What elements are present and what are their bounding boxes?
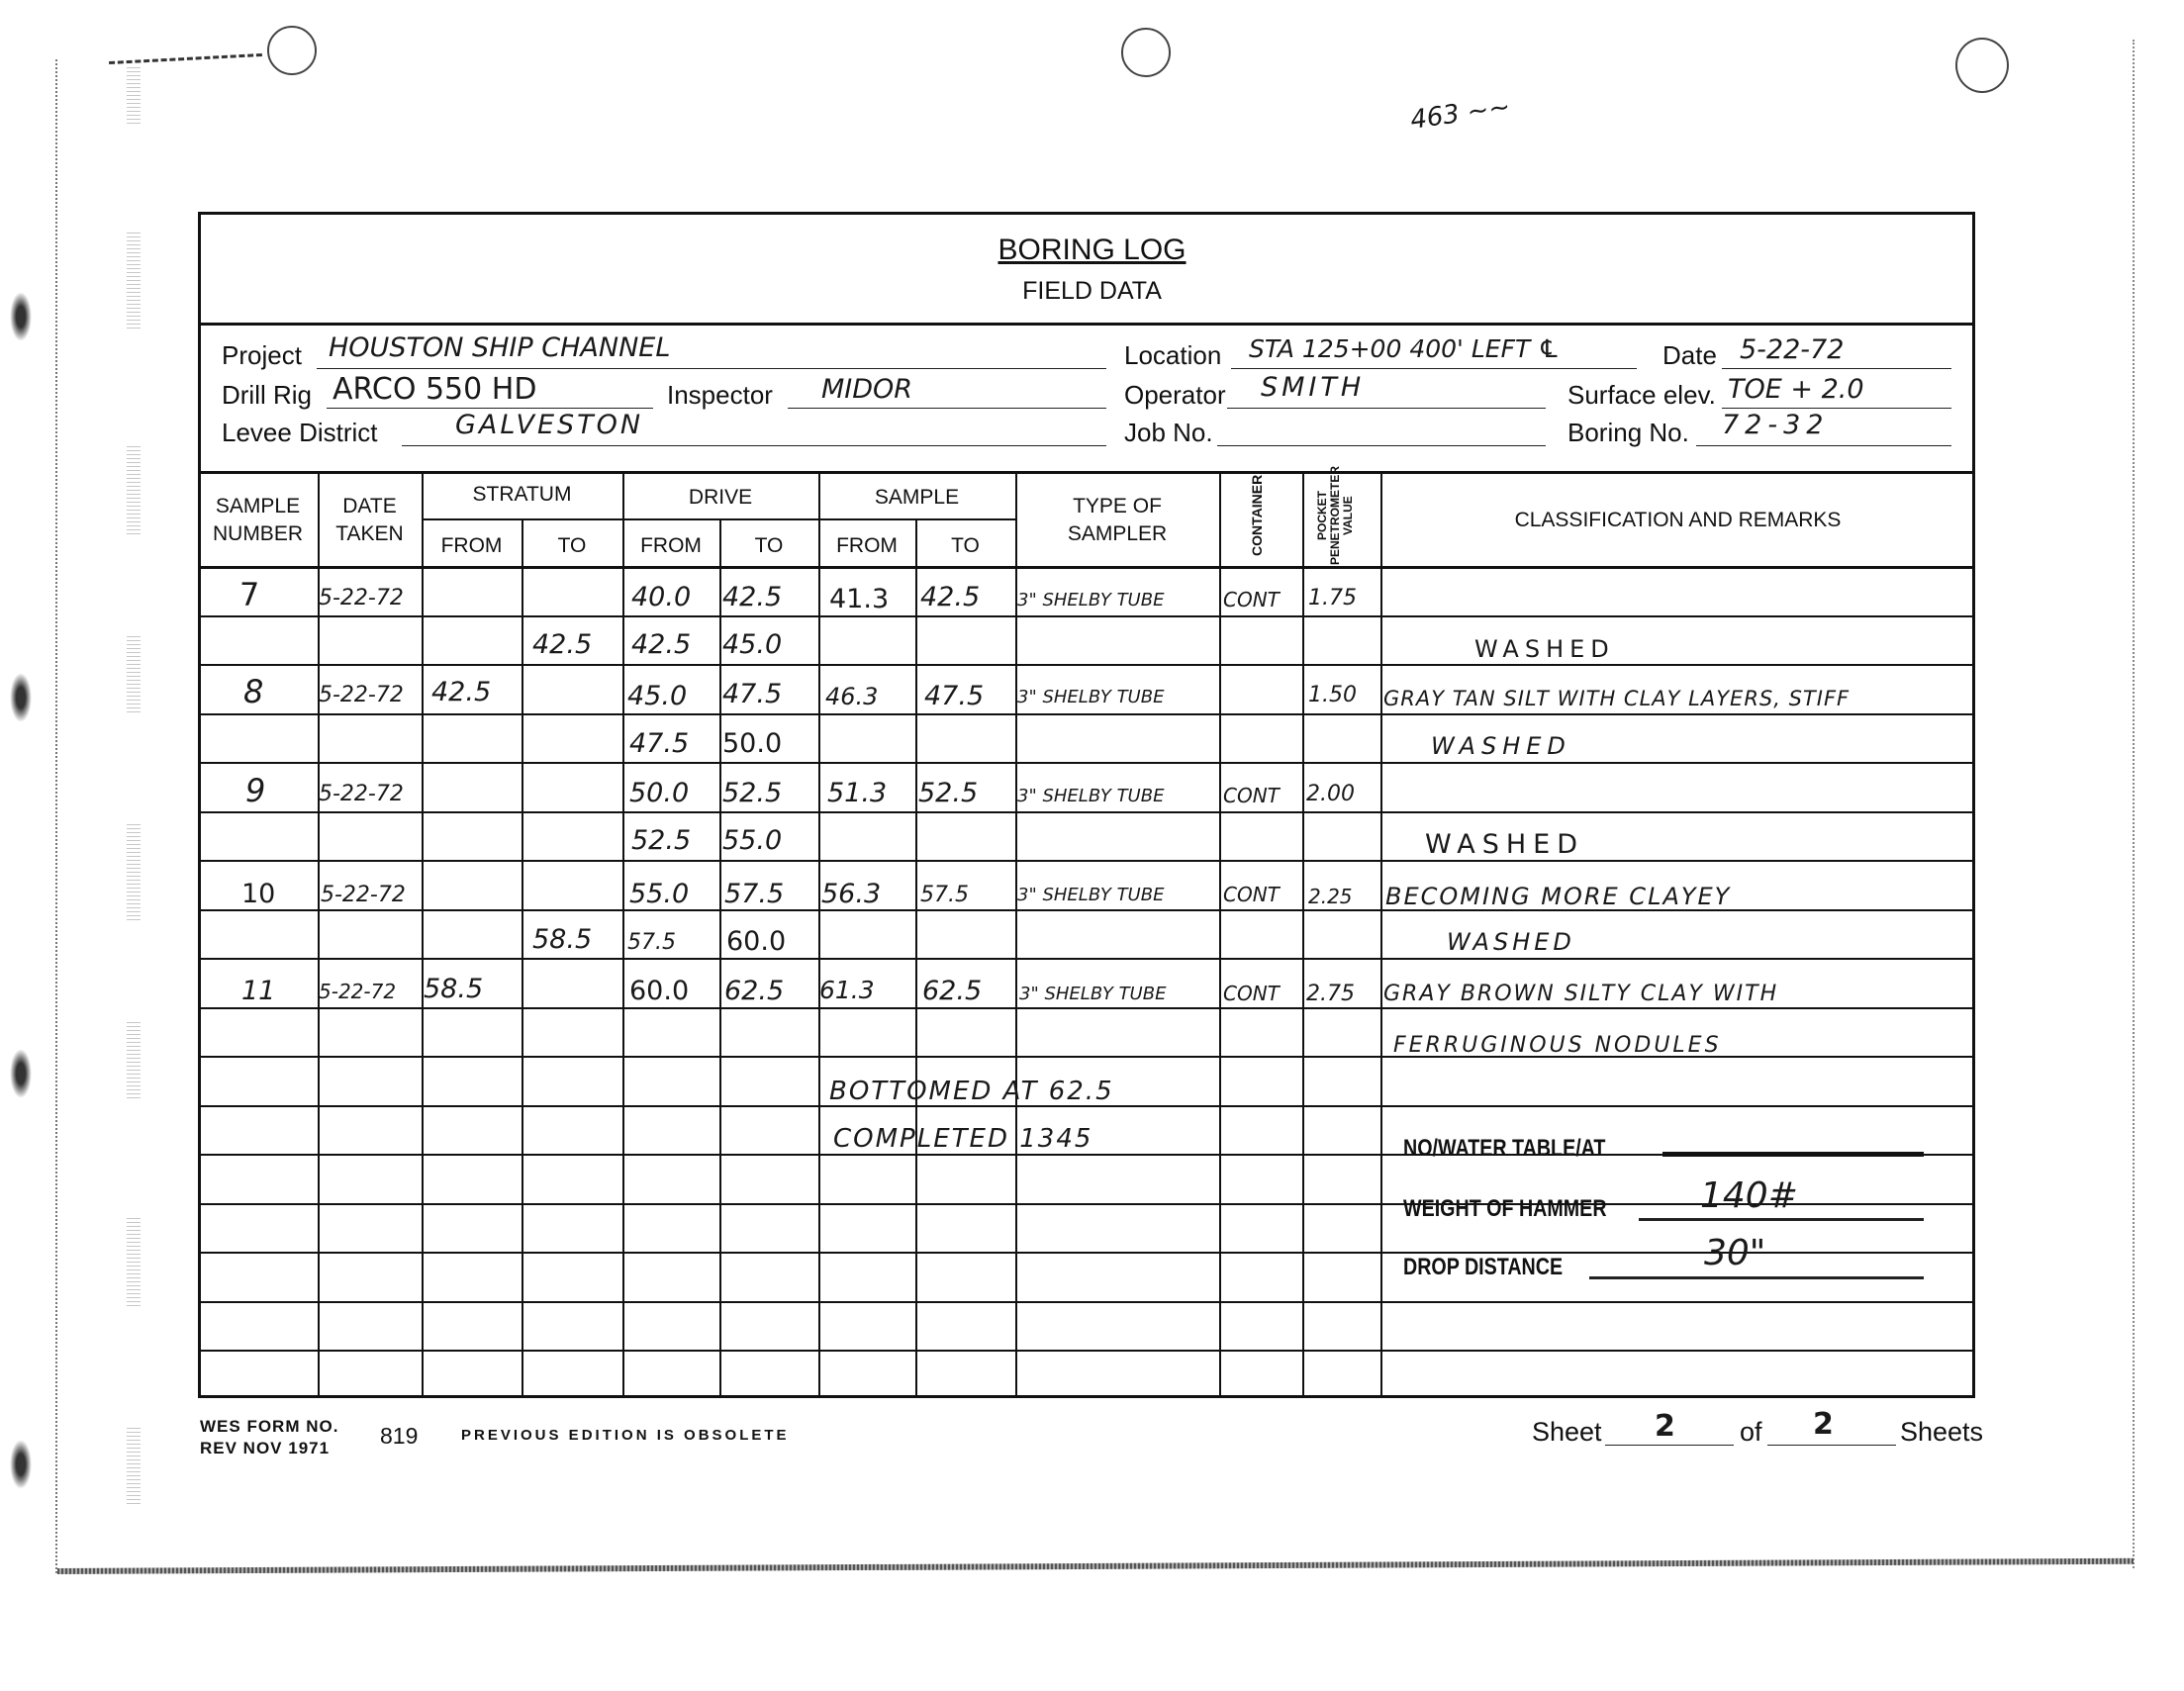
row-line xyxy=(198,1301,1975,1303)
cell-drive-to: 47.5 xyxy=(722,679,782,709)
col-line xyxy=(915,518,917,1398)
cell-sample-from: 46.3 xyxy=(825,683,878,710)
header-line: PENETROMETER xyxy=(1328,466,1342,565)
col-header-drive-to: TO xyxy=(719,532,818,560)
cell-container: CONT xyxy=(1223,883,1280,906)
scan-noise xyxy=(127,1217,141,1306)
cell-drive-to: 57.5 xyxy=(724,879,784,909)
cell-drive-from: 47.5 xyxy=(629,728,689,759)
scan-noise xyxy=(127,633,141,712)
cell-sample-from: 41.3 xyxy=(829,584,889,614)
col-line xyxy=(522,518,523,1398)
scan-noise xyxy=(127,1019,141,1098)
bottomed-note: BOTTOMED AT 62.5 xyxy=(829,1077,1114,1106)
cell-stratum-from: 42.5 xyxy=(431,677,491,707)
cell-sample-from: 56.3 xyxy=(821,879,881,909)
hammer-weight-underline xyxy=(1639,1218,1924,1221)
cell-stratum-to: 58.5 xyxy=(532,924,592,955)
scan-noise xyxy=(127,1425,141,1504)
col-header-drive-from: FROM xyxy=(622,532,719,560)
job-no-underline xyxy=(1217,445,1546,446)
cell-sample-number: 10 xyxy=(241,879,275,909)
header-top-line xyxy=(198,471,1975,474)
surface-elev-underline xyxy=(1722,408,1951,409)
row-line xyxy=(198,811,1975,813)
sheet-underline xyxy=(1605,1445,1734,1446)
inspector-field[interactable]: MIDOR xyxy=(821,374,912,405)
cell-stratum-from: 58.5 xyxy=(424,974,483,1004)
inspector-underline xyxy=(788,408,1106,409)
cell-sample-number: 11 xyxy=(241,976,275,1006)
cell-sampler: 3" SHELBY TUBE xyxy=(1017,687,1164,707)
subheader-line xyxy=(422,518,1015,520)
header-line: VALUE xyxy=(1341,496,1355,535)
punch-hole-icon xyxy=(1955,38,2009,93)
cell-remarks: BECOMING MORE CLAYEY xyxy=(1385,883,1731,910)
cell-drive-to: 55.0 xyxy=(722,825,782,856)
drop-distance-field[interactable]: 30" xyxy=(1704,1233,1765,1273)
project-field[interactable]: HOUSTON SHIP CHANNEL xyxy=(329,332,670,363)
binder-mark xyxy=(10,1049,32,1098)
col-line xyxy=(719,518,721,1398)
operator-underline xyxy=(1227,408,1546,409)
cell-remarks: WASHED xyxy=(1474,635,1615,663)
cell-date: 5-22-72 xyxy=(319,683,404,707)
cell-drive-to: 62.5 xyxy=(724,976,784,1006)
cell-sampler: 3" SHELBY TUBE xyxy=(1017,786,1164,806)
cell-sampler: 3" SHELBY TUBE xyxy=(1019,984,1166,1004)
header-line: NUMBER xyxy=(198,520,318,548)
completed-note: COMPLETED 1345 xyxy=(833,1124,1092,1154)
row-line xyxy=(198,1007,1975,1009)
col-header-sample-from: FROM xyxy=(818,532,915,560)
cell-penetrometer: 2.00 xyxy=(1306,782,1355,806)
operator-label: Operator xyxy=(1124,380,1226,411)
location-field[interactable]: STA 125+00 400' LEFT ℄ xyxy=(1249,334,1561,363)
drill-rig-field[interactable]: ARCO 550 HD xyxy=(332,372,536,407)
cell-drive-from: 50.0 xyxy=(629,778,689,808)
cell-remarks: WASHED xyxy=(1425,829,1584,860)
boring-no-field[interactable]: 72-32 xyxy=(1722,410,1829,440)
cell-container: CONT xyxy=(1223,784,1280,807)
header-line: TYPE OF xyxy=(1015,493,1219,520)
cell-sample-from: 51.3 xyxy=(827,778,887,808)
cell-drive-from: 60.0 xyxy=(629,976,689,1006)
col-line xyxy=(422,471,424,1398)
cell-drive-from: 52.5 xyxy=(631,825,691,856)
cell-remarks: FERRUGINOUS NODULES xyxy=(1393,1033,1722,1058)
col-line xyxy=(622,471,624,1398)
cell-sample-number: 7 xyxy=(239,576,259,613)
cell-remarks: GRAY BROWN SILTY CLAY WITH xyxy=(1383,982,1778,1006)
cell-sample-to: 47.5 xyxy=(924,681,984,711)
cell-stratum-to: 42.5 xyxy=(532,629,592,660)
row-line xyxy=(198,1350,1975,1352)
form-subtitle: FIELD DATA xyxy=(0,277,2184,306)
levee-district-label: Levee District xyxy=(222,418,378,448)
date-label: Date xyxy=(1662,340,1717,371)
boring-no-underline xyxy=(1696,445,1951,446)
project-underline xyxy=(317,368,1106,369)
cell-penetrometer: 2.75 xyxy=(1306,982,1355,1006)
cell-drive-from: 55.0 xyxy=(629,879,689,909)
cell-penetrometer: 1.50 xyxy=(1308,683,1357,707)
cell-sample-number: 9 xyxy=(245,772,265,809)
water-table-label: NO/WATER TABLE/AT xyxy=(1403,1135,1605,1163)
binder-mark xyxy=(10,1440,32,1489)
header-line: POCKET xyxy=(1315,491,1329,540)
header-line: SAMPLE xyxy=(198,493,318,520)
cell-sampler: 3" SHELBY TUBE xyxy=(1017,885,1164,905)
cell-sample-from: 61.3 xyxy=(819,976,875,1004)
paper-bottom-edge xyxy=(57,1558,2134,1574)
cell-sample-to: 52.5 xyxy=(918,778,978,808)
cell-penetrometer: 1.75 xyxy=(1308,586,1357,611)
location-underline xyxy=(1231,368,1637,369)
total-sheets-field[interactable]: 2 xyxy=(1813,1407,1834,1442)
operator-field[interactable]: SMITH xyxy=(1261,372,1365,403)
cell-drive-from: 40.0 xyxy=(631,582,691,612)
cell-date: 5-22-72 xyxy=(319,980,396,1003)
location-label: Location xyxy=(1124,340,1221,371)
scan-noise xyxy=(127,445,141,534)
form-number-label: WES FORM NO. xyxy=(200,1417,338,1437)
hammer-weight-field[interactable]: 140# xyxy=(1700,1175,1798,1216)
boring-no-label: Boring No. xyxy=(1567,418,1689,448)
cell-drive-to: 42.5 xyxy=(722,582,782,612)
row-line xyxy=(198,762,1975,764)
header-line: DATE xyxy=(318,493,422,520)
date-field[interactable]: 5-22-72 xyxy=(1740,334,1844,365)
punch-hole-icon xyxy=(1121,28,1171,77)
scan-mark xyxy=(109,53,262,64)
surface-elev-label: Surface elev. xyxy=(1567,380,1716,411)
cell-sample-to: 62.5 xyxy=(922,976,982,1006)
scan-noise xyxy=(127,821,141,920)
paper-right-edge xyxy=(2133,40,2135,1568)
col-header-sample-to: TO xyxy=(915,532,1015,560)
row-line xyxy=(198,664,1975,666)
cell-drive-from: 57.5 xyxy=(627,930,676,955)
col-header-sample: SAMPLE xyxy=(818,484,1015,512)
header-bottom-line xyxy=(198,566,1975,569)
col-header-stratum: STRATUM xyxy=(422,481,622,509)
row-line xyxy=(198,615,1975,617)
col-line xyxy=(1380,471,1382,1398)
cell-drive-to: 60.0 xyxy=(726,926,786,957)
col-header-stratum-to: TO xyxy=(522,532,622,560)
col-header-type-of-sampler: TYPE OF SAMPLER xyxy=(1015,493,1219,548)
cell-sample-number: 8 xyxy=(243,673,263,710)
scan-noise xyxy=(127,64,141,124)
row-line xyxy=(198,958,1975,960)
corner-handwritten-note: 463 ~~ xyxy=(1408,92,1512,136)
sheet-number-field[interactable]: 2 xyxy=(1655,1409,1675,1444)
cell-remarks: WASHED xyxy=(1431,732,1571,760)
cell-remarks: GRAY TAN SILT WITH CLAY LAYERS, STIFF xyxy=(1383,687,1850,710)
header-line: SAMPLER xyxy=(1015,520,1219,548)
header-line: TAKEN xyxy=(318,520,422,548)
row-line xyxy=(198,713,1975,715)
water-table-field[interactable] xyxy=(1662,1152,1924,1157)
col-line xyxy=(818,471,820,1398)
hammer-weight-label: WEIGHT OF HAMMER xyxy=(1403,1195,1607,1223)
col-header-pocket-penetrometer: POCKET PENETROMETER VALUE xyxy=(1316,465,1355,566)
cell-sampler: 3" SHELBY TUBE xyxy=(1017,590,1164,611)
col-line xyxy=(1219,471,1221,1398)
cell-date: 5-22-72 xyxy=(319,586,404,611)
cell-drive-to: 50.0 xyxy=(722,728,782,759)
cell-sample-to: 57.5 xyxy=(920,883,969,907)
col-header-sample-number: SAMPLE NUMBER xyxy=(198,493,318,548)
col-header-drive: DRIVE xyxy=(622,484,818,512)
obsolete-note: PREVIOUS EDITION IS OBSOLETE xyxy=(461,1427,790,1444)
job-no-label: Job No. xyxy=(1124,418,1213,448)
form-title: BORING LOG xyxy=(0,234,2184,267)
levee-district-underline xyxy=(402,445,1106,446)
punch-hole-icon xyxy=(267,26,317,75)
cell-penetrometer: 2.25 xyxy=(1308,885,1353,908)
cell-sample-to: 42.5 xyxy=(920,582,980,612)
sheets-label: Sheets xyxy=(1900,1417,1983,1448)
cell-remarks: WASHED xyxy=(1447,928,1575,956)
cell-container: CONT xyxy=(1223,982,1280,1005)
of-label: of xyxy=(1740,1417,1762,1448)
binder-mark xyxy=(10,673,32,722)
drop-distance-label: DROP DISTANCE xyxy=(1403,1254,1563,1281)
cell-drive-from: 42.5 xyxy=(631,629,691,660)
cell-container: CONT xyxy=(1223,588,1280,611)
inspector-label: Inspector xyxy=(667,380,773,411)
surface-elev-field[interactable]: TOE + 2.0 xyxy=(1728,374,1864,405)
col-header-stratum-from: FROM xyxy=(422,532,522,560)
col-header-classification: CLASSIFICATION AND REMARKS xyxy=(1380,507,1975,534)
drill-rig-label: Drill Rig xyxy=(222,380,312,411)
form-number: 819 xyxy=(380,1423,418,1450)
col-header-date-taken: DATE TAKEN xyxy=(318,493,422,548)
drill-rig-underline xyxy=(327,408,653,409)
total-sheets-underline xyxy=(1767,1445,1896,1446)
divider xyxy=(198,323,1975,326)
sheet-label: Sheet xyxy=(1532,1417,1602,1448)
col-line xyxy=(1302,471,1304,1398)
cell-drive-to: 52.5 xyxy=(722,778,782,808)
cell-date: 5-22-72 xyxy=(319,782,404,806)
levee-district-field[interactable]: GALVESTON xyxy=(455,410,643,440)
project-label: Project xyxy=(222,340,302,371)
cell-drive-to: 45.0 xyxy=(722,629,782,660)
cell-date: 5-22-72 xyxy=(321,883,406,907)
col-header-container: CONTAINER xyxy=(1249,465,1265,566)
form-revision: REV NOV 1971 xyxy=(200,1439,330,1458)
date-underline xyxy=(1722,368,1951,369)
row-line xyxy=(198,860,1975,862)
drop-distance-underline xyxy=(1589,1276,1924,1279)
cell-drive-from: 45.0 xyxy=(627,681,687,711)
